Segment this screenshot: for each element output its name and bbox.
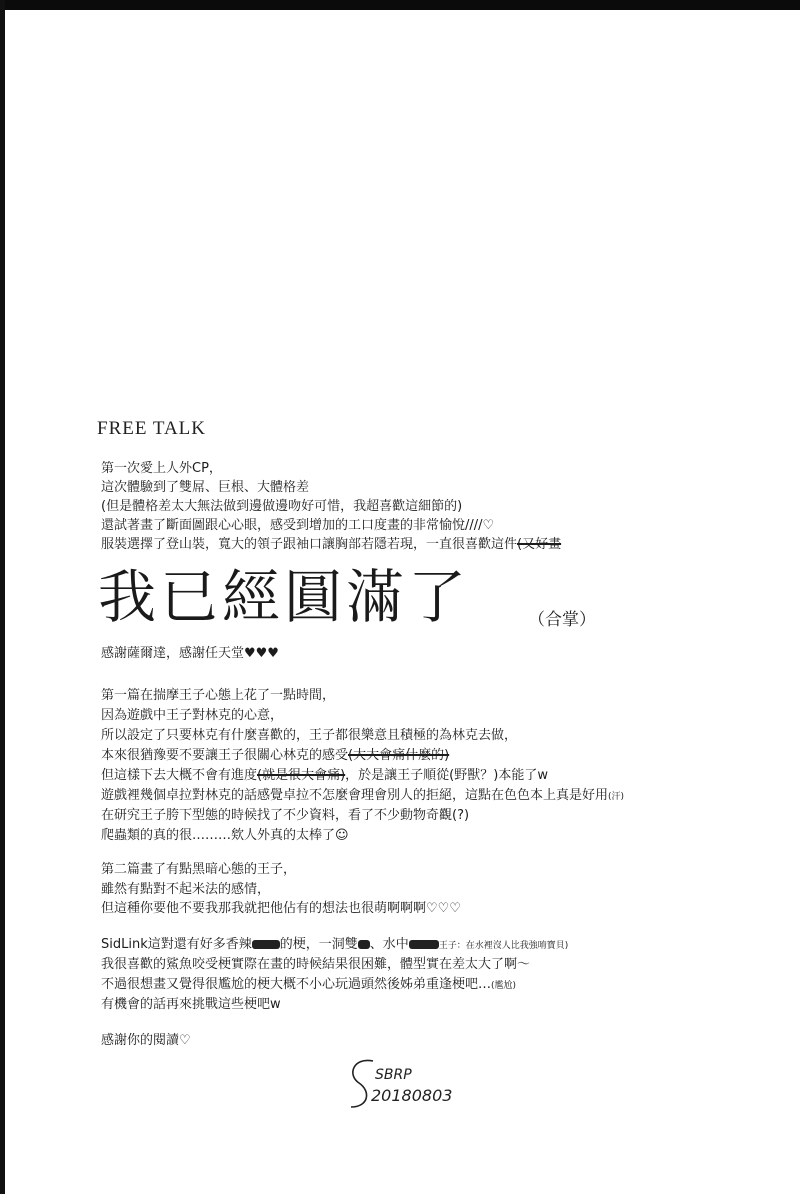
- text-line: 服裝選擇了登山裝，寬大的領子跟袖口讓胸部若隱若現，一直很喜歡這件(又好畫: [101, 537, 561, 553]
- small-note: 王子：在水裡沒人比我強唷寶貝): [439, 941, 569, 951]
- text-line: 但這種你要他不要我那我就把他佔有的想法也很萌啊啊啊♡♡♡: [101, 901, 461, 917]
- struck-text: (又好畫: [517, 537, 561, 552]
- text-line: 遊戲裡幾個卓拉對林克的話感覺卓拉不怎麼會理會別人的拒絕，這點在色色本上真是好用(…: [101, 788, 624, 805]
- struck-text: (就是很大會痛): [257, 768, 345, 783]
- thanks-line: 感謝薩爾達，感謝任天堂♥♥♥: [101, 646, 279, 662]
- text-line: 有機會的話再來挑戰這些梗吧w: [101, 997, 281, 1013]
- text-line: 第一篇在揣摩王子心態上花了一點時間，: [101, 688, 335, 704]
- text-line: 在研究王子胯下型態的時候找了不少資料，看了不少動物奇觀(?): [101, 808, 469, 824]
- redaction-mark: [358, 940, 370, 949]
- text-line: SidLink這對還有好多香辣的梗，一洞雙、水中王子：在水裡沒人比我強唷寶貝): [101, 937, 568, 954]
- headline-aside: （合掌）: [528, 605, 596, 630]
- signature-icon: SBRP 20180803: [345, 1055, 485, 1115]
- text-segment: 遊戲裡幾個卓拉對林克的話感覺卓拉不怎麼會理會別人的拒絕，這點在色色本上真是好用: [101, 788, 608, 803]
- small-note: (汗): [608, 792, 624, 802]
- text-line: 我很喜歡的鯊魚咬受梗實際在畫的時候結果很困難，體型實在差太大了啊～: [101, 957, 530, 973]
- text-line: 但這樣下去大概不會有進度(就是很大會痛)，於是讓王子順從(野獸？)本能了w: [101, 768, 548, 784]
- text-line: 爬蟲類的真的很………欸人外真的太棒了☺: [101, 828, 349, 844]
- text-line: 因為遊戲中王子對林克的心意，: [101, 708, 283, 724]
- text-line: 這次體驗到了雙屌、巨根、大體格差: [101, 480, 309, 496]
- headline: 我已經圓滿了: [98, 562, 470, 632]
- text-line: 所以設定了只要林克有什麼喜歡的，王子都很樂意且積極的為林克去做，: [101, 728, 517, 744]
- page-title: FREE TALK: [97, 418, 206, 440]
- text-line: 不過很想畫又覺得很尷尬的梗大概不小心玩過頭然後姊弟重逢梗吧…(尷尬): [101, 977, 516, 994]
- text-segment: 不過很想畫又覺得很尷尬的梗大概不小心玩過頭然後姊弟重逢梗吧…: [101, 977, 491, 992]
- closing-thanks: 感謝你的閱讀♡: [101, 1033, 191, 1049]
- text-segment: 但這樣下去大概不會有進度: [101, 768, 257, 783]
- svg-text:20180803: 20180803: [371, 1086, 452, 1105]
- text-line: 還試著畫了斷面圖跟心心眼，感受到增加的工口度畫的非常愉悅////♡: [101, 518, 494, 534]
- redaction-mark: [409, 940, 439, 949]
- text-segment: 的梗，一洞雙: [280, 937, 358, 952]
- text-line: 第一次愛上人外CP，: [101, 461, 222, 477]
- text-segment: 、水中: [370, 937, 409, 952]
- struck-text: (大大會痛什麼的): [348, 748, 449, 763]
- text-segment: ，於是讓王子順從(野獸？)本能了w: [345, 768, 548, 783]
- text-line: 第二篇畫了有點黑暗心態的王子，: [101, 862, 296, 878]
- small-note: (尷尬): [491, 981, 516, 991]
- text-segment: SidLink這對還有好多香辣: [101, 937, 252, 952]
- redaction-mark: [252, 940, 280, 949]
- text-segment: 服裝選擇了登山裝，寬大的領子跟袖口讓胸部若隱若現，一直很喜歡這件: [101, 537, 517, 552]
- text-segment: 本來很猶豫要不要讓王子很關心林克的感受: [101, 748, 348, 763]
- text-line: 雖然有點對不起米法的感情，: [101, 882, 270, 898]
- text-line: (但是體格差太大無法做到邊做邊吻好可惜，我超喜歡這細節的): [101, 499, 462, 515]
- scan-top-border: [0, 0, 800, 10]
- svg-text:SBRP: SBRP: [375, 1067, 412, 1083]
- text-line: 本來很猶豫要不要讓王子很關心林克的感受(大大會痛什麼的): [101, 748, 449, 764]
- handwritten-signature: SBRP 20180803: [345, 1055, 485, 1115]
